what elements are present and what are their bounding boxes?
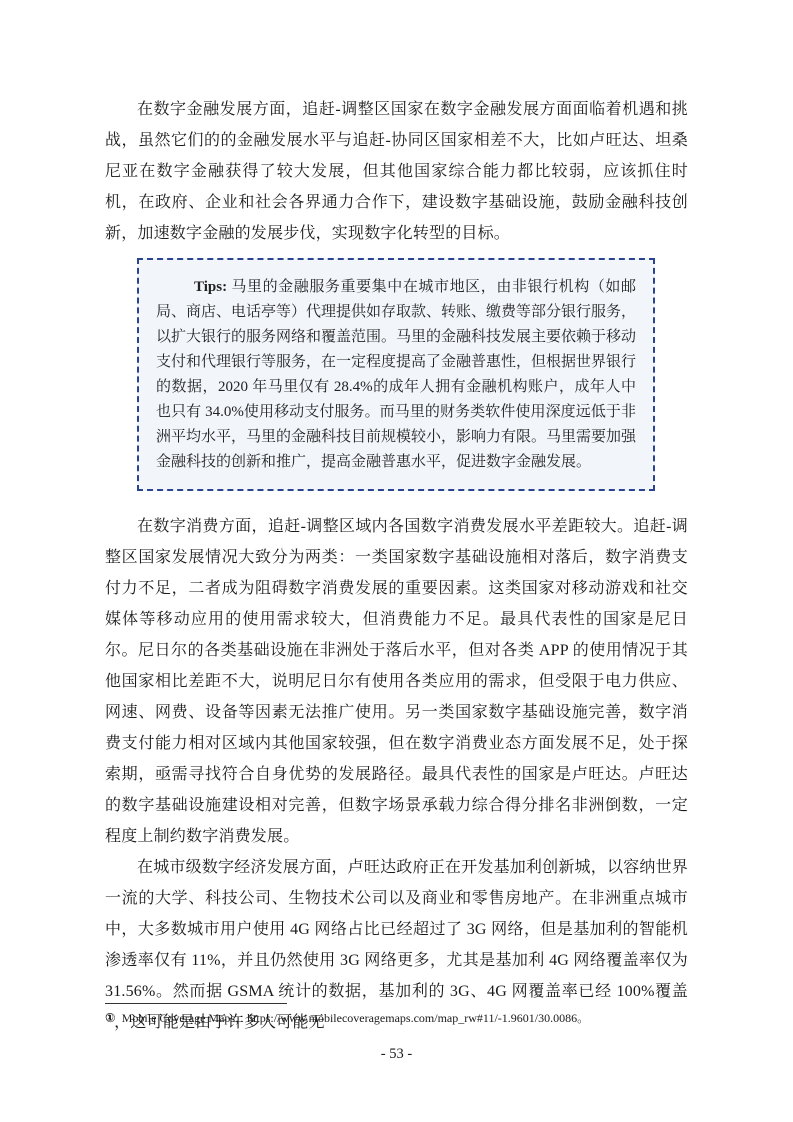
footnote-1: ①Mobile Coverage Maps，https://www.mobile… (105, 1010, 688, 1026)
tips-body-text: 马里的金融服务重要集中在城市地区，由非银行机构（如邮局、商店、电话亭等）代理提供… (156, 279, 636, 470)
footnote-1-marker: ① (105, 1011, 116, 1025)
document-page: 在数字金融发展方面，追赶-调整区国家在数字金融发展方面面临着机遇和挑战，虽然它们… (0, 0, 793, 1122)
paragraph-digital-finance: 在数字金融发展方面，追赶-调整区国家在数字金融发展方面面临着机遇和挑战，虽然它们… (105, 94, 688, 249)
footnote-1-text: Mobile Coverage Maps，https://www.mobilec… (122, 1011, 589, 1025)
paragraph-digital-consumption: 在数字消费方面，追赶-调整区域内各国数字消费发展水平差距较大。追赶-调整区国家发… (105, 511, 688, 852)
footnote-separator-line (105, 1003, 287, 1004)
page-content: 在数字金融发展方面，追赶-调整区国家在数字金融发展方面面临着机遇和挑战，虽然它们… (105, 94, 688, 1038)
city-economy-text-before-footnote: 在城市级数字经济发展方面，卢旺达政府正在开发基加利创新城，以容纳世界一流的大学、… (105, 859, 688, 1000)
page-number: - 53 - (0, 1046, 793, 1063)
tips-label: Tips: (194, 279, 227, 295)
footnote-area: ①Mobile Coverage Maps，https://www.mobile… (105, 1003, 688, 1026)
tips-box: Tips: 马里的金融服务重要集中在城市地区，由非银行机构（如邮局、商店、电话亭… (137, 258, 655, 491)
tips-paragraph: Tips: 马里的金融服务重要集中在城市地区，由非银行机构（如邮局、商店、电话亭… (156, 275, 636, 475)
